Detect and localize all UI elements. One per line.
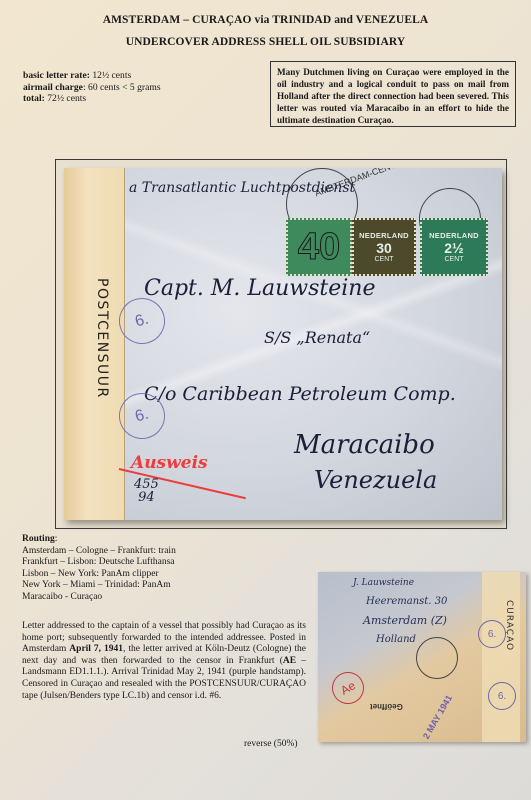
handwritten-ship: S/S „Renata“ <box>264 328 370 347</box>
sender-line: Holland <box>376 634 416 645</box>
handwritten-route-note: a Transatlantic Luchtpostdienst <box>129 180 355 196</box>
handwritten-addressee: Capt. M. Lauwsteine <box>144 276 375 301</box>
routing-heading: Routing <box>22 534 55 544</box>
sender-line: Heeremanst. 30 <box>366 596 447 607</box>
handwritten-city: Maracaibo <box>294 430 435 460</box>
handwritten-country: Venezuela <box>314 466 437 494</box>
basic-rate: basic letter rate: 12½ cents <box>23 70 161 82</box>
routing-line: Amsterdam – Cologne – Frankfurt: train <box>22 546 176 558</box>
envelope-reverse-image: CURAÇAO J. Lauwsteine Heeremanst. 30 Ams… <box>318 572 526 742</box>
reverse-postmark <box>416 637 458 679</box>
historical-note-box: Many Dutchmen living on Curaçao were emp… <box>270 61 516 127</box>
page-subtitle: UNDERCOVER ADDRESS SHELL OIL SUBSIDIARY <box>0 36 531 48</box>
routing-line: Lisbon – New York: PanAm clipper <box>22 569 176 581</box>
stamp-value: 30 <box>376 240 392 256</box>
stamp-unit: CENT <box>374 256 393 263</box>
geoeffnet-label: Geöffnet <box>370 702 403 711</box>
sender-line: J. Lauwsteine <box>353 578 414 588</box>
airmail-rate: airmail charge: 60 cents < 5 grams <box>23 82 161 94</box>
censor-number-mark: 6. <box>488 682 516 710</box>
envelope-front: POSTCENSUUR AMSTERDAM-CENTRAAL 40 NEDERL… <box>64 168 502 520</box>
postage-rates: basic letter rate: 12½ cents airmail cha… <box>23 70 161 105</box>
total-rate: total: 72½ cents <box>23 93 161 105</box>
routing-section: Routing: Amsterdam – Cologne – Frankfurt… <box>22 534 176 604</box>
red-ausweis-note: Ausweis <box>131 453 208 473</box>
routing-line: Frankfurt – Lisbon: Deutsche Lufthansa <box>22 557 176 569</box>
page-title: AMSTERDAM – CURAÇAO via TRINIDAD and VEN… <box>0 14 531 26</box>
stamp-30-cent: NEDERLAND 30 CENT <box>352 218 416 276</box>
reverse-tape-label: CURAÇAO <box>504 600 514 651</box>
reverse-caption: reverse (50%) <box>244 739 298 749</box>
routing-line: Maracaibo - Curaçao <box>22 592 176 604</box>
censor-number-mark: 6. <box>478 620 506 648</box>
stamp-40: 40 <box>286 218 352 276</box>
censor-tape: POSTCENSUUR <box>64 168 125 520</box>
stamp-country: NEDERLAND <box>429 231 479 240</box>
stamp-value: 2½ <box>444 240 463 256</box>
purple-handstamp: 2 MAY 1941 <box>421 693 454 740</box>
stamp-country: NEDERLAND <box>359 231 409 240</box>
ae-censor-mark: Ae <box>326 666 370 710</box>
reverse-censor-tape <box>482 572 520 742</box>
routing-line: New York – Miami – Trinidad: PanAm <box>22 580 176 592</box>
stamp-2-half-cent: NEDERLAND 2½ CENT <box>420 218 488 276</box>
stamp-unit: CENT <box>444 256 463 263</box>
sender-line: Amsterdam (Z) <box>363 614 447 627</box>
handwritten-company: C/o Caribbean Petroleum Comp. <box>144 383 456 405</box>
stamp-value: 40 <box>298 228 340 266</box>
envelope-mount: POSTCENSUUR AMSTERDAM-CENTRAAL 40 NEDERL… <box>55 159 507 529</box>
censor-tape-label: POSTCENSUUR <box>80 278 110 448</box>
handwritten-number: 455 94 <box>134 478 159 504</box>
cover-description: Letter addressed to the captain of a ves… <box>22 621 306 702</box>
